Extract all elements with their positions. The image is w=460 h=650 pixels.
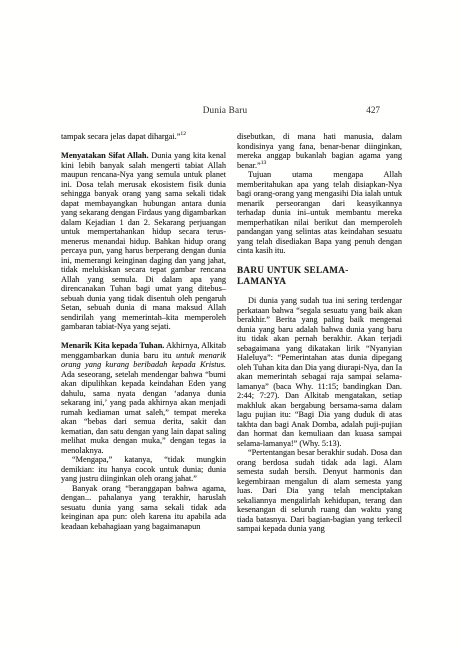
page-header: Dunia Baru 427 [61, 105, 402, 119]
paragraph: “Mengapa,” katanya, “tidak mungkin demik… [61, 455, 226, 484]
footnote-ref: 13 [261, 160, 267, 166]
paragraph: Di dunia yang sudah tua ini sering terde… [237, 296, 402, 448]
body-text: Di dunia yang sudah tua ini sering terde… [237, 296, 402, 448]
body-text: Banyak orang “beranggapan bahwa agama, d… [61, 484, 226, 531]
body-text: Dunia yang kita kenal kini lebih banyak … [61, 151, 226, 331]
book-page: Dunia Baru 427 tampak secara jelas dapat… [0, 0, 460, 650]
page-content: Dunia Baru 427 tampak secara jelas dapat… [61, 105, 402, 534]
paragraph-lead: Menyatakan Sifat Allah. [61, 151, 149, 160]
paragraph: Tujuan utama mengapa Allah memberitahuka… [237, 170, 402, 256]
paragraph: Menarik Kita kepada Tuhan. Akhirnya, Alk… [61, 341, 226, 455]
page-number: 427 [366, 105, 380, 115]
footnote-ref: 12 [180, 131, 186, 137]
body-text: “Mengapa,” katanya, “tidak mungkin demik… [61, 455, 226, 483]
paragraph: Menyatakan Sifat Allah. Dunia yang kita … [61, 151, 226, 332]
section-heading: BARU UNTUK SELAMA-LAMANYA [237, 265, 402, 287]
body-text: tampak secara jelas dapat dihargai.” [61, 132, 180, 141]
paragraph: Banyak orang “beranggapan bahwa agama, d… [61, 484, 226, 532]
paragraph: disebutkan, di mana hati manusia, dalam … [237, 132, 402, 170]
body-text: Tujuan utama mengapa Allah memberitahuka… [237, 170, 402, 255]
paragraph: tampak secara jelas dapat dihargai.”12 [61, 132, 226, 142]
text-columns: tampak secara jelas dapat dihargai.”12Me… [61, 132, 402, 534]
paragraph-lead: Menarik Kita kepada Tuhan. [61, 341, 164, 350]
paragraph: “Pertentangan besar berakhir sudah. Dosa… [237, 448, 402, 534]
running-title: Dunia Baru [48, 105, 402, 115]
body-text: Ada seseorang, setelah mendengar bahwa “… [61, 370, 226, 455]
column-left: tampak secara jelas dapat dihargai.”12Me… [61, 132, 226, 534]
body-text: “Pertentangan besar berakhir sudah. Dosa… [237, 448, 402, 533]
column-right: disebutkan, di mana hati manusia, dalam … [237, 132, 402, 534]
